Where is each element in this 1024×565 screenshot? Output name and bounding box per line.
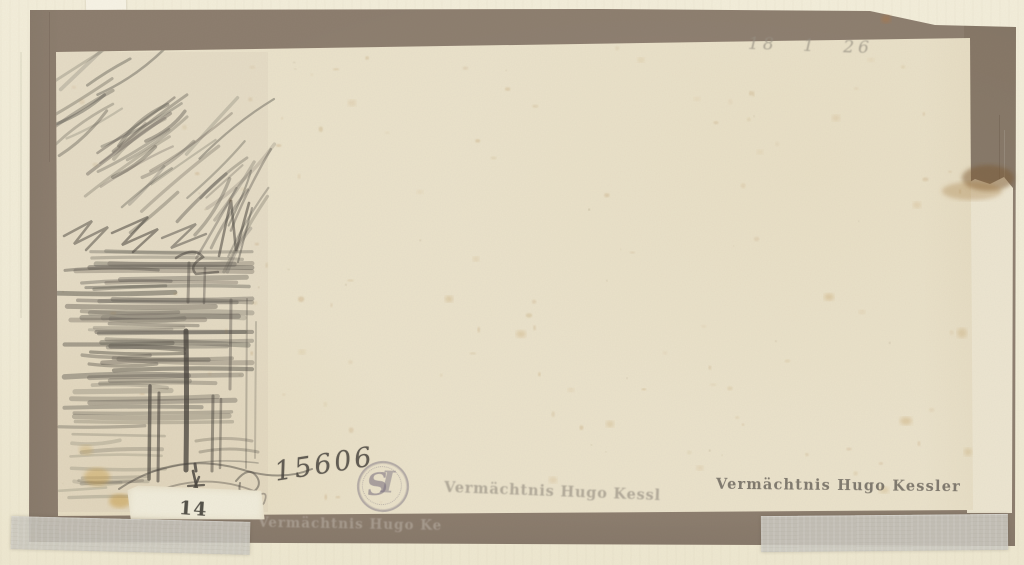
- artwork-verso-scan: Vermächtnis Hugo Ke 15606 S I Vermächtni…: [0, 0, 1024, 565]
- mount-tab-top: [86, 0, 126, 10]
- tape-bottom-left: [11, 516, 251, 555]
- tape-texture: [761, 514, 1008, 552]
- mount-stain-area: [964, 25, 1016, 190]
- tape-bottom-right: [761, 514, 1008, 552]
- estate-stamp-mount: Vermächtnis Hugo Ke: [258, 515, 518, 536]
- mount-crease-left: [49, 12, 50, 162]
- tape-texture: [11, 516, 251, 555]
- monogram-letter-i: I: [380, 468, 395, 498]
- background-crease: [20, 52, 22, 318]
- number-label: 14: [178, 497, 208, 521]
- estate-stamp-right: Vermächtnis Hugo Kessler: [716, 476, 961, 496]
